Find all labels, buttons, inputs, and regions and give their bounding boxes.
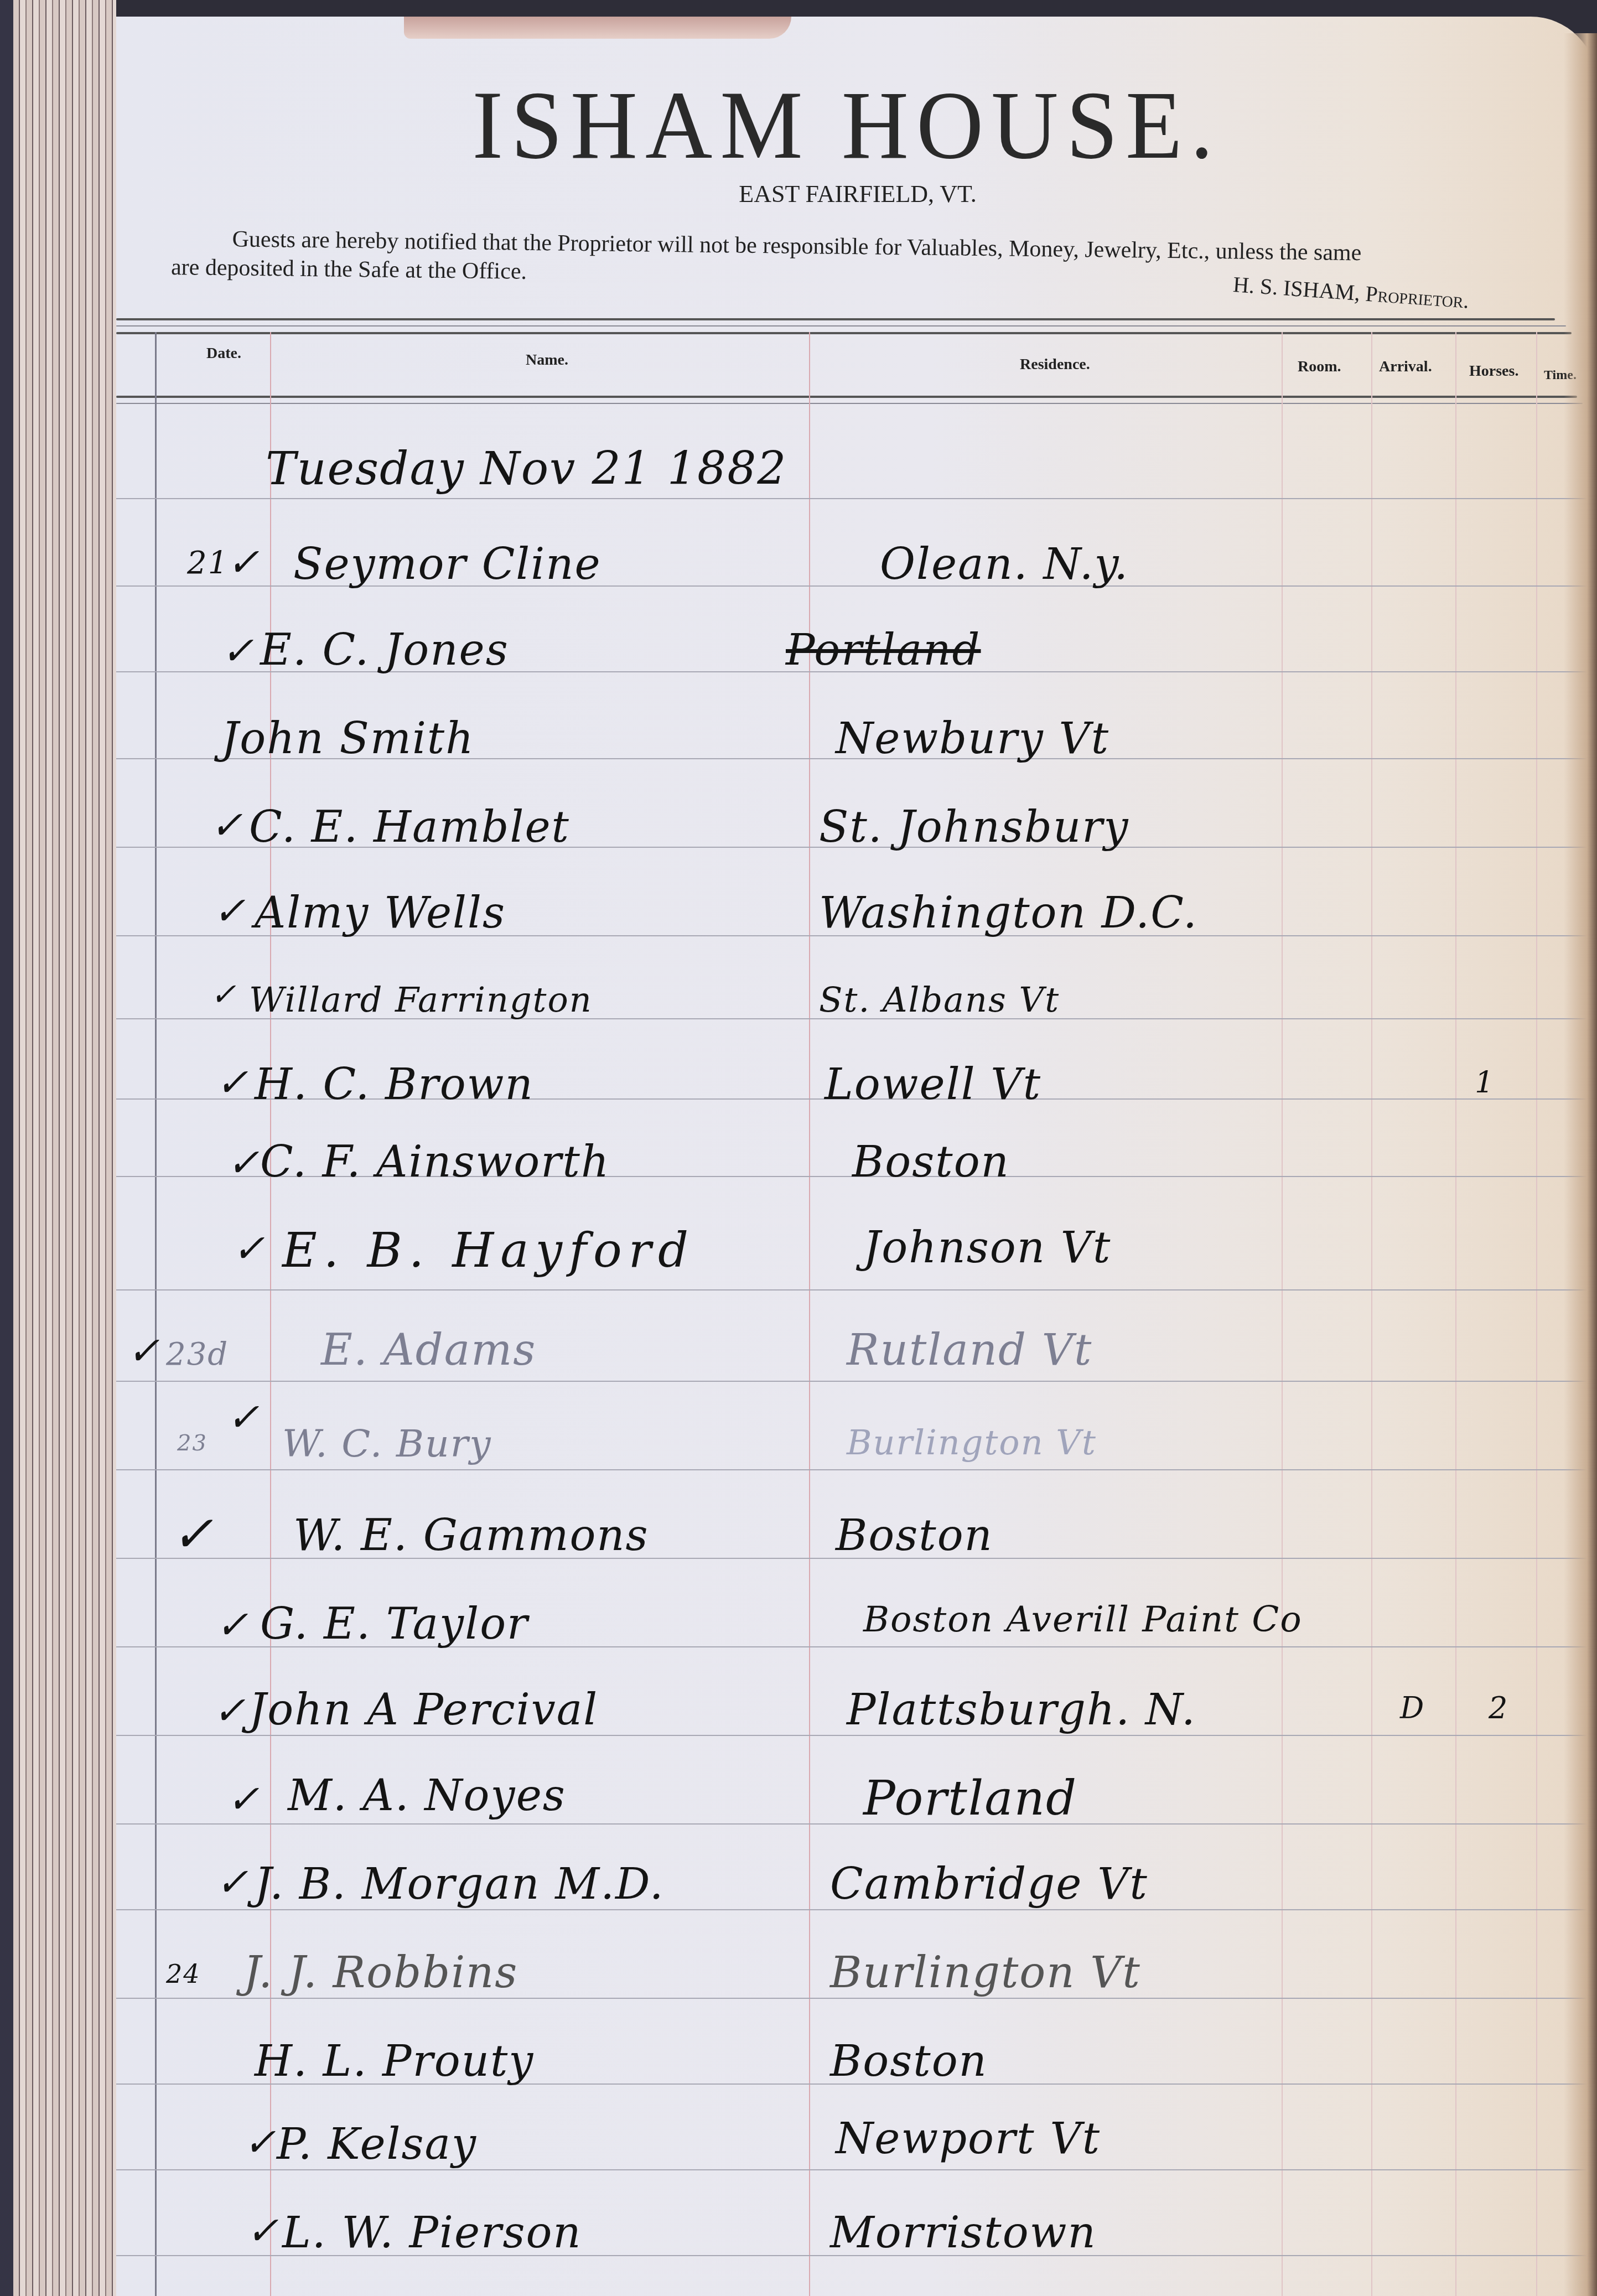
guest-name: L. W. Pierson	[282, 2208, 582, 2258]
guest-name: G. E. Taylor	[260, 1599, 528, 1649]
guest-name: H. L. Prouty	[255, 2036, 534, 2086]
day-heading: Tuesday Nov 21 1882	[266, 443, 787, 495]
guest-name: J. J. Robbins	[243, 1948, 518, 1998]
guest-residence: Olean. N.y.	[880, 540, 1129, 589]
check-mark: ✓	[232, 1226, 266, 1271]
check-mark: ✓	[246, 2208, 280, 2253]
guest-name: C. F. Ainsworth	[260, 1137, 610, 1187]
guest-residence: St. Johnsbury	[819, 802, 1129, 852]
guest-name: John Smith	[221, 714, 474, 764]
check-mark: ✓	[216, 1859, 250, 1905]
check-mark: ✓	[227, 1395, 261, 1440]
guest-residence: Washington D.C.	[819, 888, 1198, 938]
horses-count: 2	[1489, 1691, 1508, 1725]
guest-residence: Newbury Vt	[836, 714, 1109, 764]
guest-residence: Boston	[836, 1511, 993, 1561]
guest-residence: Boston	[852, 1137, 1010, 1187]
arrival-mark: D	[1400, 1691, 1425, 1725]
check-mark: ✓	[227, 540, 261, 585]
guest-residence: Cambridge Vt	[830, 1859, 1148, 1909]
guest-residence: Rutland Vt	[847, 1325, 1092, 1375]
guest-name: Almy Wells	[255, 888, 506, 938]
register-entries: Tuesday Nov 21 1882 21 ✓ Seymor Cline Ol…	[0, 0, 1597, 2296]
entry-date: 23	[177, 1431, 208, 1456]
guest-residence: Boston Averill Paint Co	[863, 1599, 1303, 1640]
guest-name: W. C. Bury	[282, 1422, 492, 1466]
guest-residence: Morristown	[830, 2208, 1097, 2258]
guest-residence: Burlington Vt	[847, 1422, 1097, 1463]
check-mark: ✓	[216, 1602, 250, 1647]
guest-name: E. B. Hayford	[282, 1223, 695, 1278]
guest-name: H. C. Brown	[255, 1060, 534, 1110]
entry-date: 23d	[166, 1336, 229, 1372]
check-mark: ✓	[172, 1505, 214, 1563]
guest-residence: Portland	[786, 625, 981, 675]
guest-residence: Johnson Vt	[863, 1223, 1111, 1273]
check-mark: ✓	[127, 1328, 161, 1374]
guest-name: Willard Farrington	[249, 979, 593, 1020]
guest-residence: Burlington Vt	[830, 1948, 1141, 1998]
guest-residence: St. Albans Vt	[819, 979, 1060, 1020]
guest-name: E. C. Jones	[260, 625, 509, 675]
check-mark: ✓	[216, 1060, 250, 1105]
check-mark: ✓	[213, 1688, 247, 1733]
check-mark: ✓	[243, 2119, 277, 2165]
guest-name: Seymor Cline	[293, 540, 602, 589]
guest-residence: Lowell Vt	[825, 1060, 1041, 1110]
check-mark: ✓	[210, 802, 244, 848]
guest-name: E. Adams	[321, 1325, 536, 1375]
check-mark: ✓	[227, 1140, 261, 1185]
guest-residence: Boston	[830, 2036, 988, 2086]
guest-name: P. Kelsay	[277, 2119, 477, 2169]
guest-name: J. B. Morgan M.D.	[255, 1859, 665, 1909]
guest-name: John A Percival	[249, 1685, 598, 1735]
check-mark: ✓	[227, 1776, 261, 1822]
entry-date: 24	[166, 1959, 201, 1989]
guest-residence: Portland	[863, 1771, 1077, 1826]
check-mark: ✓	[221, 628, 255, 673]
horses-count: 1	[1475, 1065, 1495, 1100]
guest-residence: Newport Vt	[836, 2114, 1101, 2164]
guest-name: C. E. Hamblet	[249, 802, 570, 852]
check-mark: ✓	[210, 977, 237, 1013]
guest-residence: Plattsburgh. N.	[847, 1685, 1196, 1735]
check-mark: ✓	[213, 888, 247, 934]
guest-name: M. A. Noyes	[288, 1771, 566, 1821]
page-curl-shadow	[1564, 33, 1597, 2296]
guest-name: W. E. Gammons	[293, 1511, 649, 1561]
entry-date: 21	[187, 545, 229, 581]
